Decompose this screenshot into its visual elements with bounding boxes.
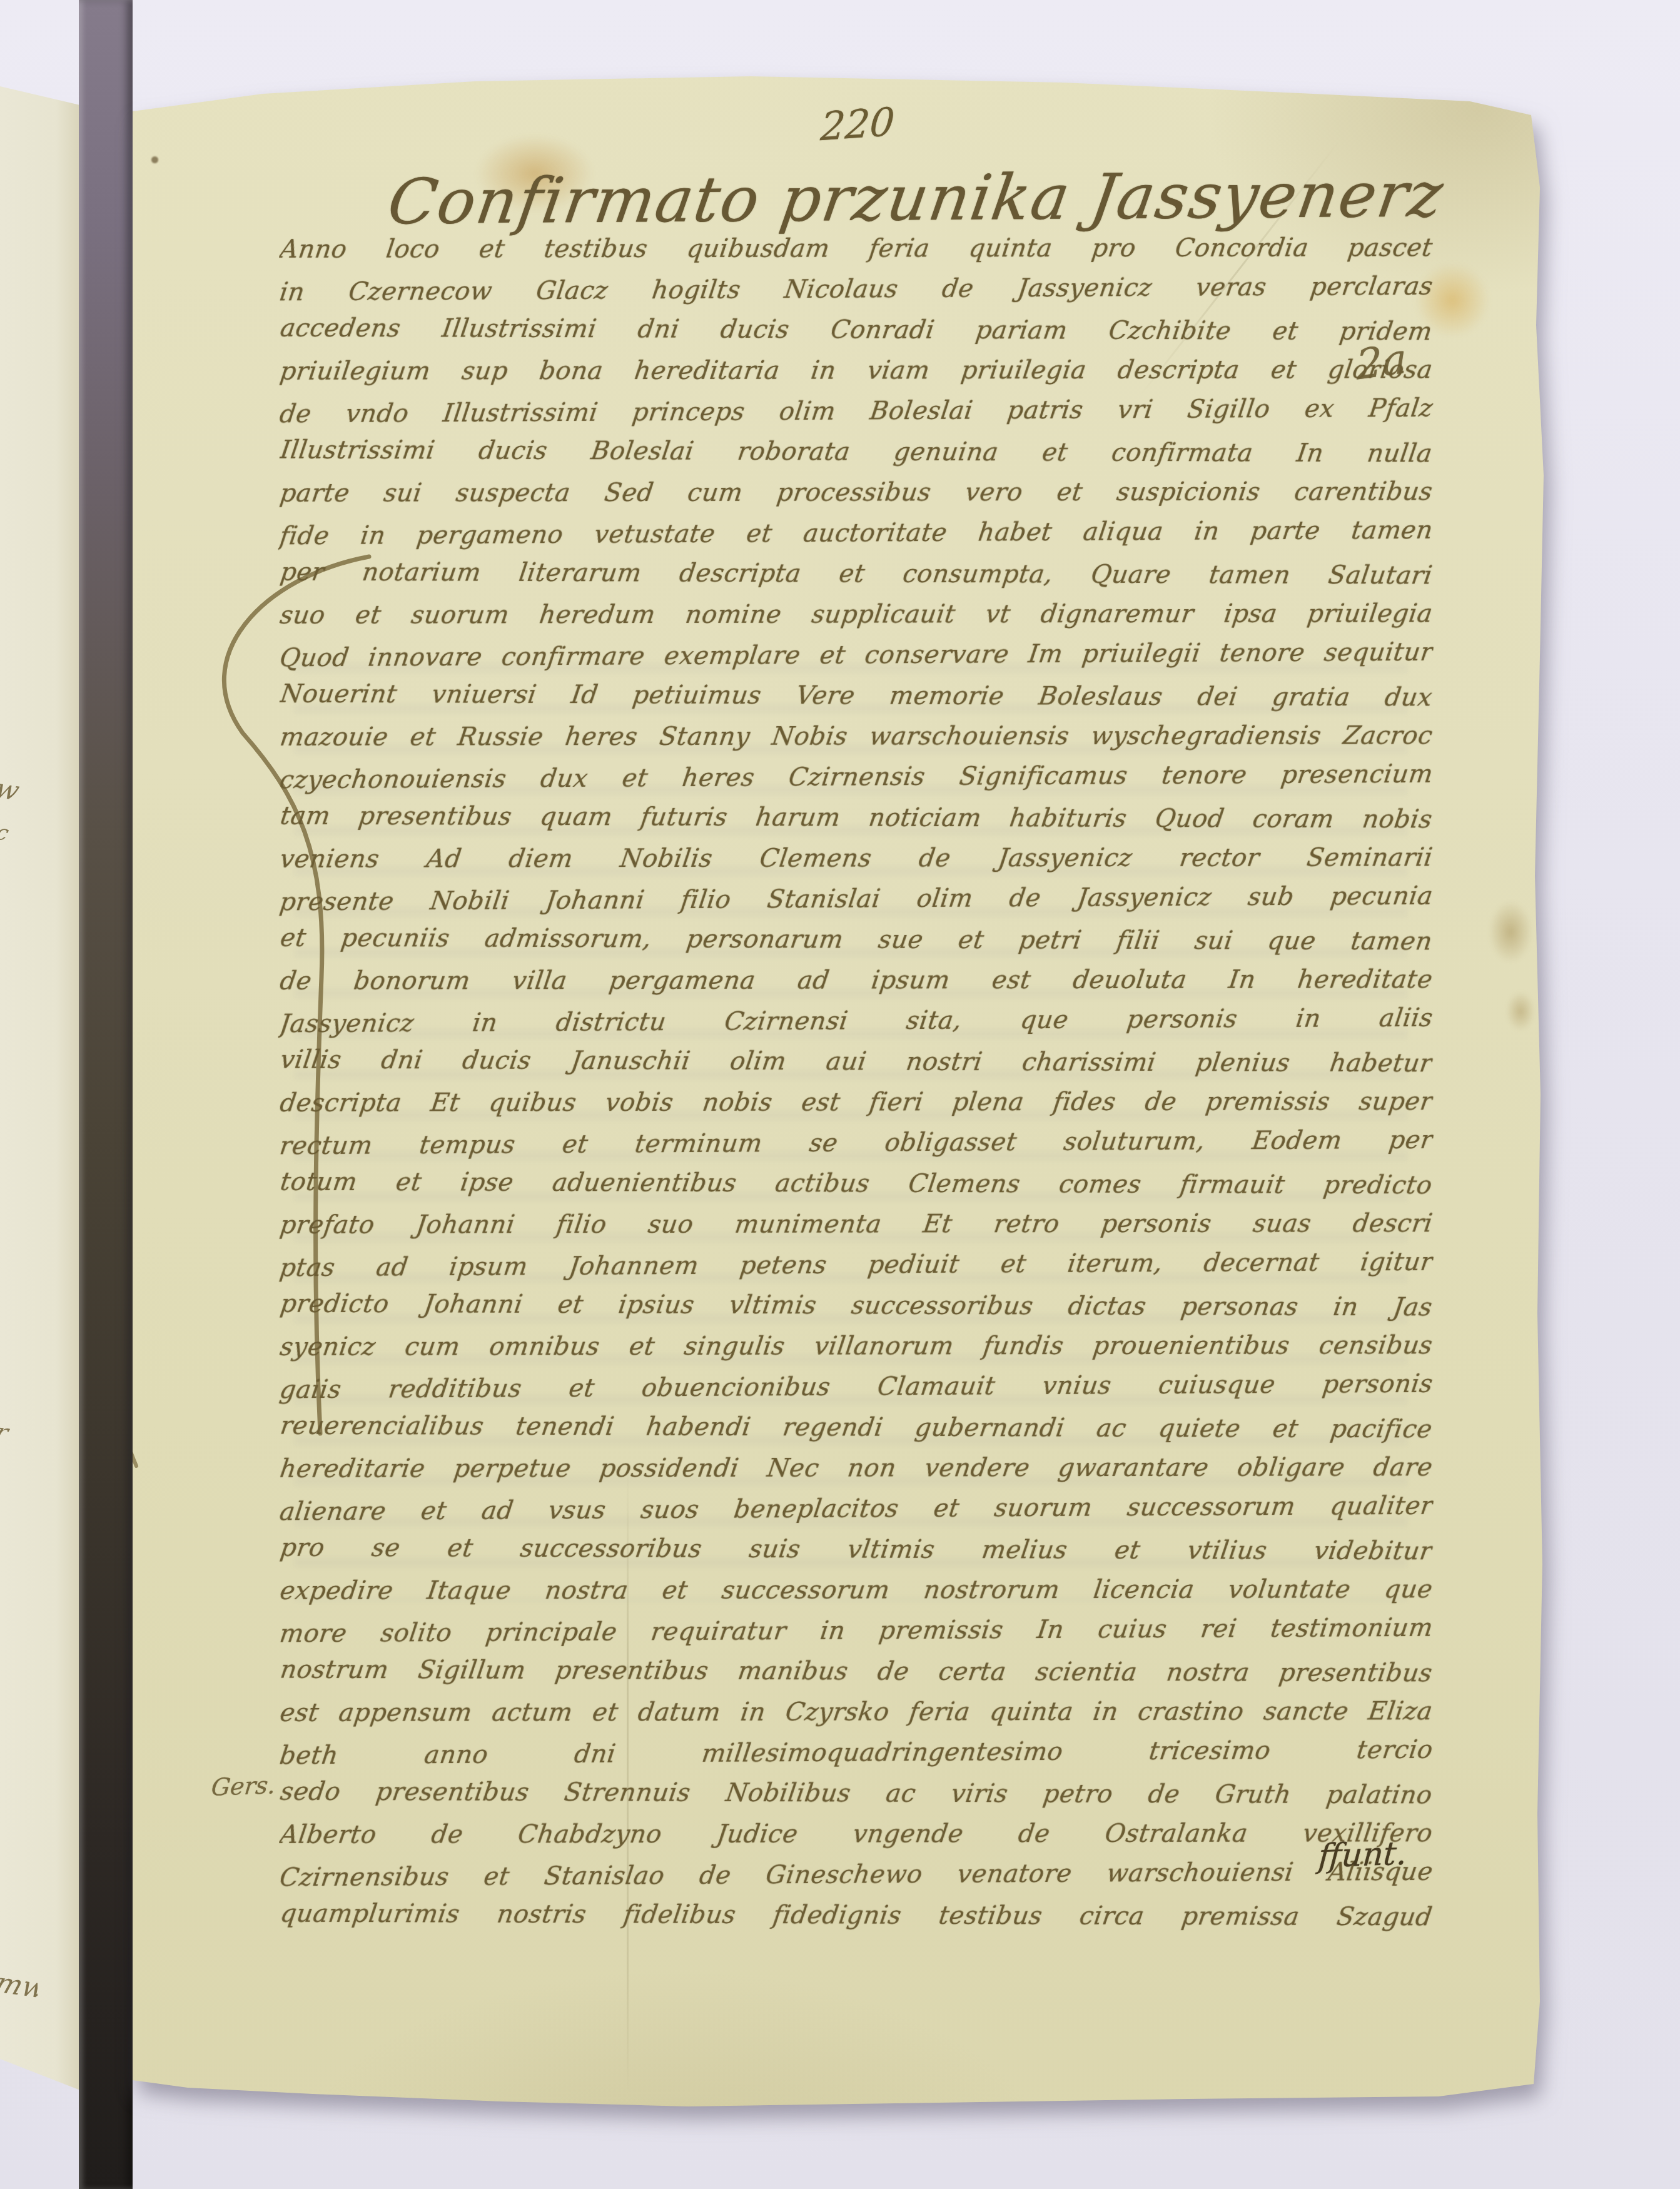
text-line: Quod innovare confirmare exemplare et co… <box>277 632 1435 679</box>
text-line: alienare et ad vsus suos beneplacitos et… <box>277 1486 1435 1533</box>
text-line: beth anno dni millesimoquadringentesimo … <box>277 1730 1435 1777</box>
text-line: Czirnensibus et Stanislao de Gineschewo … <box>277 1852 1435 1899</box>
text-line: suo et suorum heredum nomine supplicauit… <box>277 594 1435 637</box>
text-line: prefato Johanni filio suo munimenta Et r… <box>277 1204 1435 1246</box>
text-line: hereditarie perpetue possidendi Nec non … <box>277 1448 1435 1490</box>
text-line: reuerencialibus tenendi habendi regendi … <box>278 1406 1435 1450</box>
body-text: Anno loco et testibus quibusdam feria qu… <box>280 229 1432 1936</box>
closing-mark: ffunt. <box>1317 1834 1408 1875</box>
text-line: more solito principale requiratur in pre… <box>277 1608 1435 1655</box>
text-line: parte sui suspecta Sed cum processibus v… <box>277 472 1435 515</box>
text-line: accedens Illustrissimi dni ducis Conradi… <box>278 308 1435 353</box>
manuscript-page-wrap: 220 Confirmato przunika Jassyenerz 2a An… <box>0 0 1680 2189</box>
text-line: ptas ad ipsum Johannem petens pediuit et… <box>277 1242 1435 1289</box>
ink-stain <box>1489 901 1532 963</box>
ink-stain <box>1506 991 1535 1031</box>
text-line: syenicz cum omnibus et singulis villanor… <box>277 1326 1435 1368</box>
text-line: descripta Et quibus vobis nobis est fier… <box>277 1082 1435 1125</box>
text-line: gaiis redditibus et obuencionibus Clamau… <box>277 1364 1435 1411</box>
text-line: de vndo Illustrissimi princeps olim Bole… <box>277 388 1435 435</box>
text-line: nostrum Sigillum presentibus manibus de … <box>278 1650 1435 1694</box>
margin-note-left: Gers. <box>210 1771 277 1801</box>
text-line: Nouerint vniuersi Id petiuimus Vere memo… <box>278 674 1435 719</box>
ink-speck <box>151 156 158 163</box>
ink-stain <box>119 80 138 115</box>
text-line: est appensum actum et datum in Czyrsko f… <box>277 1692 1435 1734</box>
text-line: sedo presentibus Strennuis Nobilibus ac … <box>278 1772 1435 1816</box>
text-line: priuilegium sup bona hereditaria in viam… <box>277 350 1435 393</box>
text-line: Anno loco et testibus quibusdam feria qu… <box>277 228 1435 271</box>
manuscript-page: 220 Confirmato przunika Jassyenerz 2a An… <box>0 0 1680 2189</box>
text-line: quamplurimis nostris fidelibus fidedigni… <box>278 1894 1435 1938</box>
text-line: predicto Johanni et ipsius vltimis succe… <box>278 1284 1435 1328</box>
text-line: veniens Ad diem Nobilis Clemens de Jassy… <box>277 838 1435 881</box>
text-line: Alberto de Chabdzyno Judice vngende de O… <box>277 1814 1435 1856</box>
text-line: in Czernecow Glacz hogilts Nicolaus de J… <box>277 266 1435 313</box>
text-line: totum et ipse aduenientibus actibus Clem… <box>278 1162 1435 1206</box>
text-line: Jassyenicz in districtu Czirnensi sita, … <box>277 998 1435 1045</box>
text-line: et pecuniis admissorum, personarum sue e… <box>278 918 1435 963</box>
text-line: de bonorum villa pergamena ad ipsum est … <box>277 960 1435 1003</box>
text-line: rectum tempus et terminum se obligasset … <box>277 1120 1435 1167</box>
text-line: expedire Itaque nostra et successorum no… <box>277 1570 1435 1612</box>
text-line: presente Nobili Johanni filio Stanislai … <box>277 876 1435 923</box>
text-line: fide in pergameno vetustate et auctorita… <box>277 510 1435 557</box>
text-line: per notarium literarum descripta et cons… <box>278 552 1435 597</box>
text-line: villis dni ducis Januschii olim aui nost… <box>278 1040 1435 1084</box>
text-line: czyechonouiensis dux et heres Czirnensis… <box>277 754 1435 801</box>
text-line: mazouie et Russie heres Stanny Nobis war… <box>277 716 1435 759</box>
text-line: Illustrissimi ducis Boleslai roborata ge… <box>278 430 1435 475</box>
page-number: 220 <box>819 99 896 150</box>
text-line: tam presentibus quam futuris harum notic… <box>278 796 1435 841</box>
text-line: pro se et successoribus suis vltimis mel… <box>278 1528 1435 1572</box>
